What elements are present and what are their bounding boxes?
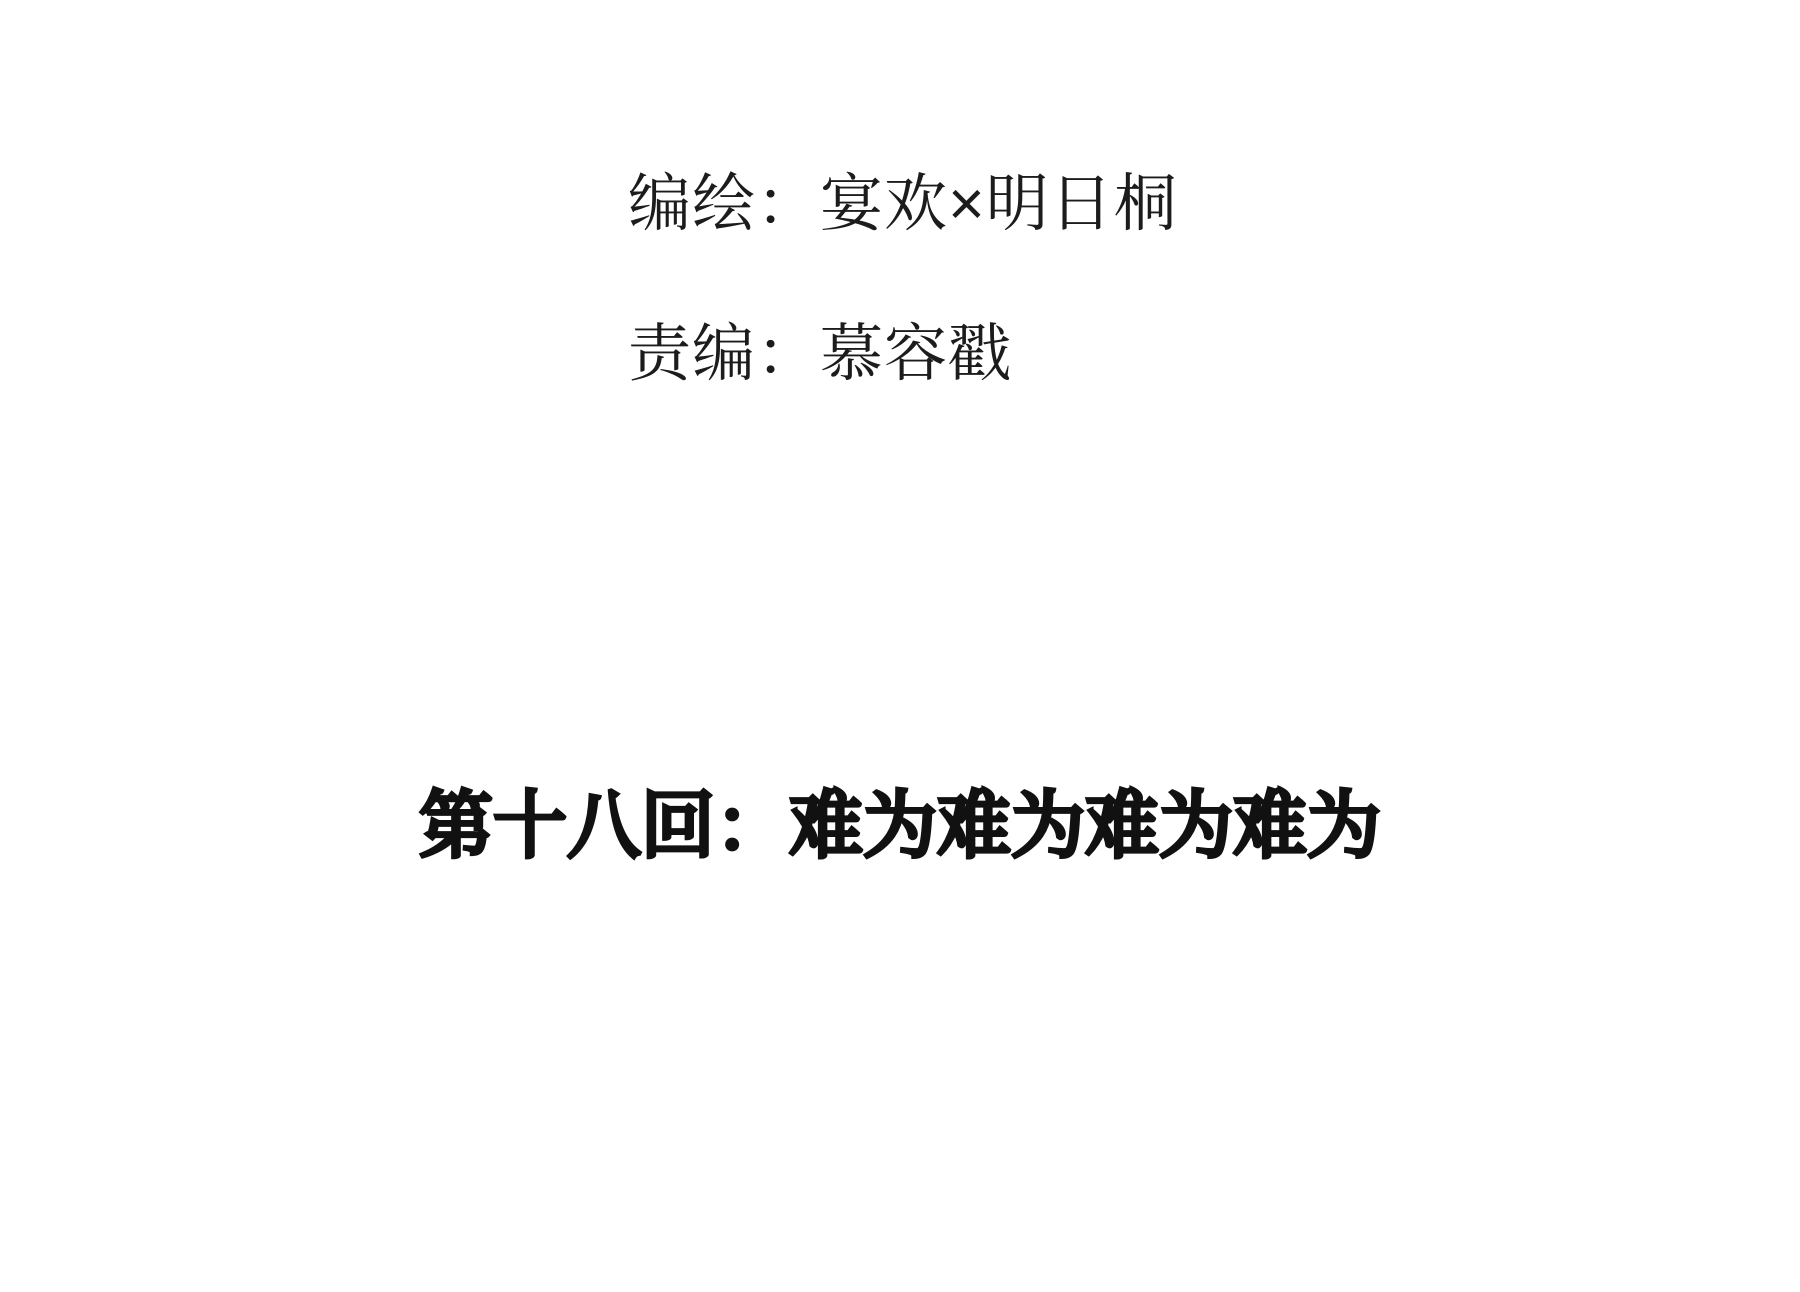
chapter-title: 第十八回：难为难为难为难为 bbox=[419, 786, 1381, 866]
credits-block: 编绘：宴欢×明日桐 责编：慕容戳 bbox=[628, 168, 1178, 390]
credit-line-artists: 编绘：宴欢×明日桐 bbox=[628, 168, 1178, 240]
credit-line-editor: 责编：慕容戳 bbox=[628, 318, 1178, 390]
comic-credits-page: 编绘：宴欢×明日桐 责编：慕容戳 第十八回：难为难为难为难为 bbox=[0, 0, 1800, 1292]
